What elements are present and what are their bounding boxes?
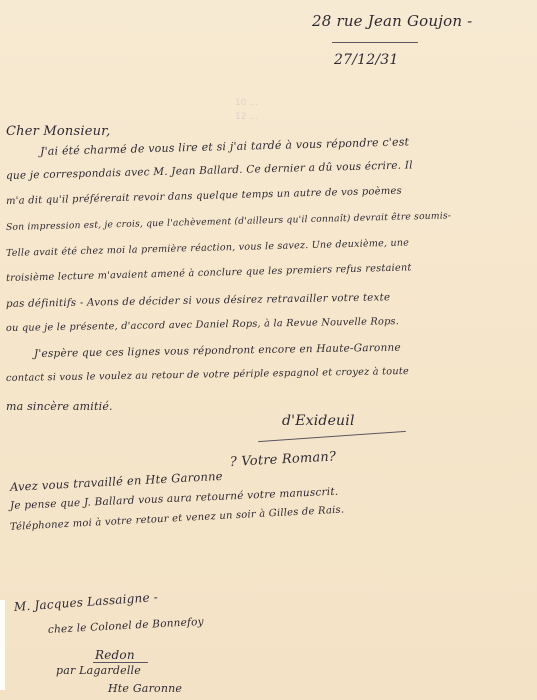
redon-underline	[93, 662, 148, 663]
recipient-name: M. Jacques Lassaigne -	[14, 590, 159, 614]
address-underline	[332, 42, 418, 43]
postscript-line: ? Votre Roman?	[230, 449, 337, 470]
postscript-line: Avez vous travaillé en Hte Garonne	[10, 469, 223, 494]
body-line: Son impression est, je crois, que l'achè…	[6, 210, 451, 233]
bleed-through-text: 12 ...	[235, 112, 258, 122]
bleed-through-text: 10 ...	[235, 98, 258, 108]
salutation: Cher Monsieur,	[6, 124, 110, 139]
body-line: ou que je le présente, d'accord avec Dan…	[6, 316, 399, 334]
recipient-line: Hte Garonne	[108, 682, 182, 695]
signature-underline	[258, 431, 406, 442]
body-line: que je correspondais avec M. Jean Ballar…	[6, 159, 413, 182]
body-line: J'espère que ces lignes vous répondront …	[34, 342, 401, 360]
recipient-line: par Lagardelle	[56, 664, 141, 677]
body-line: Telle avait été chez moi la première réa…	[6, 237, 409, 259]
letter-paper: 10 ... 12 ... 28 rue Jean Goujon - 27/12…	[0, 0, 537, 700]
paper-tear-edge	[0, 600, 5, 690]
body-line: pas définitifs - Avons de décider si vou…	[6, 291, 390, 310]
body-line: m'a dit qu'il préférerait revoir dans qu…	[6, 186, 402, 207]
body-line: ma sincère amitié.	[6, 400, 113, 413]
letter-date: 27/12/31	[334, 52, 398, 68]
recipient-line: Redon	[95, 648, 135, 662]
signature: d'Exideuil	[282, 413, 355, 429]
sender-address: 28 rue Jean Goujon -	[312, 12, 472, 30]
body-line: contact si vous le voulez au retour de v…	[6, 366, 409, 384]
body-line: troisième lecture m'avaient amené à conc…	[6, 262, 412, 284]
recipient-line: chez le Colonel de Bonnefoy	[48, 616, 204, 636]
